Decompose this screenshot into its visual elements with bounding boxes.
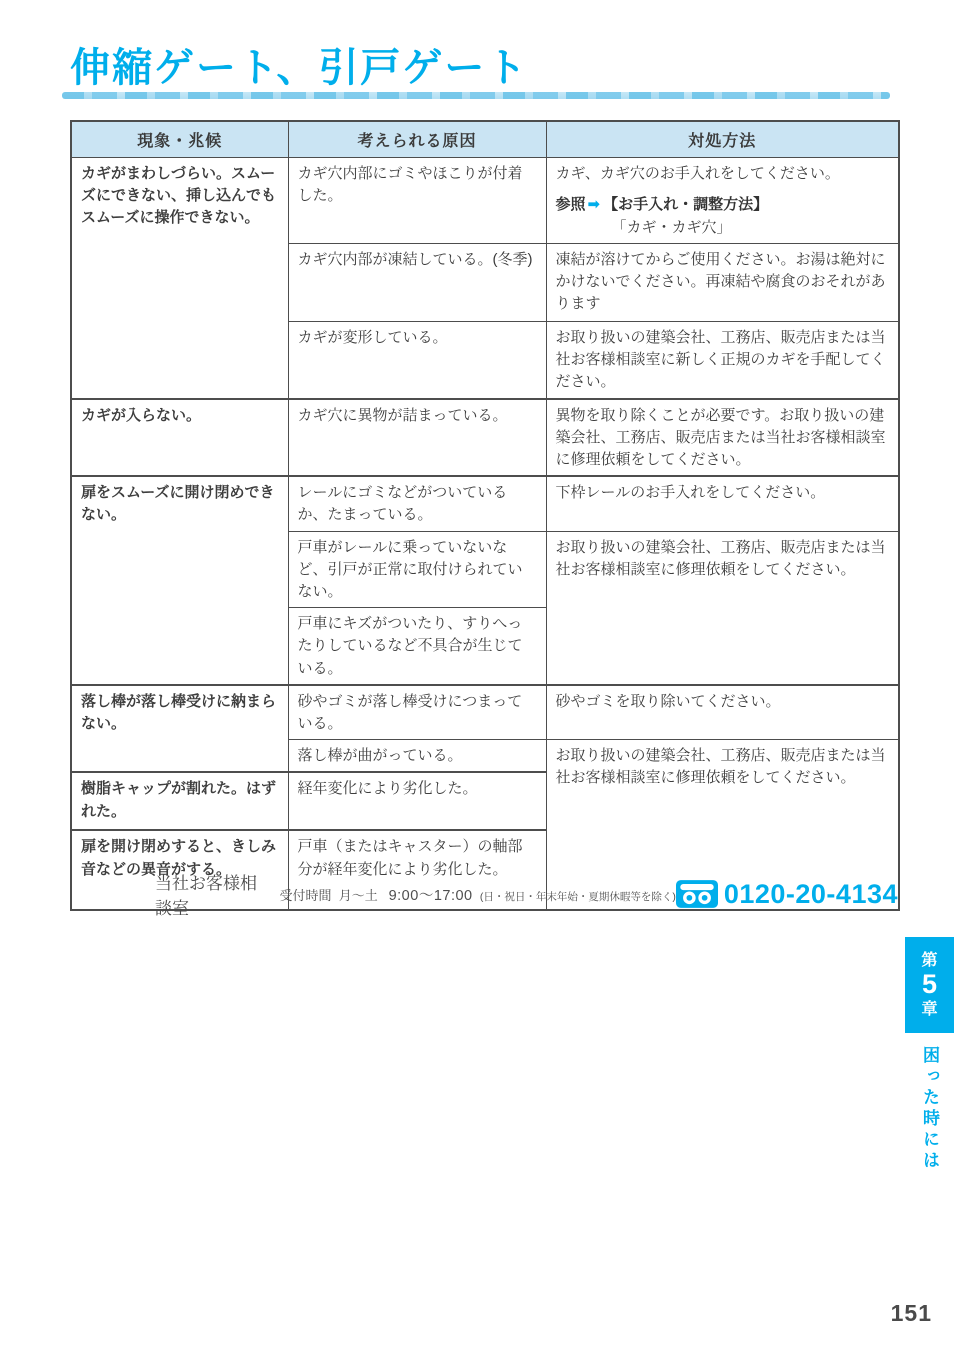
cause-cell: カギが変形している。 — [288, 322, 546, 399]
manual-page: 伸縮ゲート、引戸ゲート 現象・兆候 考えられる原因 対処方法 カギがまわしづらい… — [0, 0, 960, 1358]
cause-cell: 落し棒が曲がっている。 — [288, 740, 546, 773]
remedy-cell: 下枠レールのお手入れをしてください。 — [546, 476, 899, 531]
remedy-cell: 異物を取り除くことが必要です。お取り扱いの建築会社、工務店、販売店または当社お客… — [546, 399, 899, 477]
hours-time: 9:00～17:00 — [389, 888, 473, 904]
cause-cell: カギ穴内部にゴミやほこりが付着した。 — [288, 157, 546, 244]
cause-cell: カギ穴に異物が詰まっている。 — [288, 399, 546, 477]
table-row: 扉をスムーズに開け閉めできない。 レールにゴミなどがついているか、たまっている。… — [71, 476, 899, 531]
column-header-symptom: 現象・兆候 — [71, 121, 288, 157]
table-header-row: 現象・兆候 考えられる原因 対処方法 — [71, 121, 899, 157]
service-hours: 受付時間 月～土 9:00～17:00 (日・祝日・年末年始・夏期休暇等を除く) — [279, 884, 675, 905]
section-tab: 困った時には — [905, 1046, 954, 1172]
page-number: 151 — [891, 1300, 932, 1327]
chapter-tab: 第 5 章 — [905, 937, 954, 1033]
hours-label: 受付時間 — [279, 888, 331, 903]
symptom-key-hard-to-turn: カギがまわしづらい。スムーズにできない、挿し込んでもスムーズに操作できない。 — [71, 157, 288, 399]
symptom-resin-cap: 樹脂キャップが割れた。はずれた。 — [71, 772, 288, 830]
remedy-text: カギ、カギ穴のお手入れをしてください。 — [556, 163, 890, 185]
cause-cell: 戸車がレールに乗っていないなど、引戸が正常に取付けられていない。 — [288, 531, 546, 608]
table-row: カギが入らない。 カギ穴に異物が詰まっている。 異物を取り除くことが必要です。お… — [71, 399, 899, 477]
freedial-icon — [676, 880, 718, 908]
cause-cell: 戸車にキズがついたり、すりへったりしているなど不具合が生じている。 — [288, 608, 546, 685]
customer-service-line: 当社お客様相談室 受付時間 月～土 9:00～17:00 (日・祝日・年末年始・… — [70, 876, 898, 912]
remedy-cell: お取り扱いの建築会社、工務店、販売店または当社お客様相談室に新しく正規のカギを手… — [546, 322, 899, 399]
column-header-cause: 考えられる原因 — [288, 121, 546, 157]
reference-line: 参照➡【お手入れ・調整方法】 — [556, 194, 890, 216]
chapter-prefix: 第 — [921, 952, 937, 970]
remedy-cell: 凍結が溶けてからご使用ください。お湯は絶対にかけないでください。再凍結や腐食のお… — [546, 244, 899, 322]
customer-service-label: 当社お客様相談室 — [155, 869, 259, 919]
section-title-vertical: 困った時には — [917, 1046, 942, 1172]
column-header-remedy: 対処方法 — [546, 121, 899, 157]
chapter-suffix: 章 — [921, 1001, 937, 1019]
symptom-key-wont-insert: カギが入らない。 — [71, 399, 288, 477]
hours-note: (日・祝日・年末年始・夏期休暇等を除く) — [480, 891, 676, 903]
phone-number: 0120-20-4134 — [724, 879, 898, 910]
reference-subtitle: 「カギ・カギ穴」 — [556, 217, 890, 239]
title-brush-underline — [62, 92, 890, 99]
symptom-drop-bar: 落し棒が落し棒受けに納まらない。 — [71, 685, 288, 773]
troubleshooting-table: 現象・兆候 考えられる原因 対処方法 カギがまわしづらい。スムーズにできない、挿… — [70, 120, 900, 911]
chapter-number: 5 — [922, 970, 937, 1000]
remedy-cell: カギ、カギ穴のお手入れをしてください。 参照➡【お手入れ・調整方法】 「カギ・カ… — [546, 157, 899, 244]
reference-arrow-icon: ➡ — [588, 196, 601, 213]
remedy-cell: 砂やゴミを取り除いてください。 — [546, 685, 899, 740]
reference-label: 参照 — [556, 196, 586, 213]
reference-title: 【お手入れ・調整方法】 — [603, 196, 768, 213]
page-title: 伸縮ゲート、引戸ゲート — [70, 36, 528, 93]
table-row: カギがまわしづらい。スムーズにできない、挿し込んでもスムーズに操作できない。 カ… — [71, 157, 899, 244]
cause-cell: レールにゴミなどがついているか、たまっている。 — [288, 476, 546, 531]
cause-cell: カギ穴内部が凍結している。(冬季) — [288, 244, 546, 322]
symptom-door-not-smooth: 扉をスムーズに開け閉めできない。 — [71, 476, 288, 685]
table-row: 落し棒が落し棒受けに納まらない。 砂やゴミが落し棒受けにつまっている。 砂やゴミ… — [71, 685, 899, 740]
hours-days: 月～土 — [339, 888, 378, 903]
remedy-cell: お取り扱いの建築会社、工務店、販売店または当社お客様相談室に修理依頼をしてくださ… — [546, 531, 899, 685]
cause-cell: 経年変化により劣化した。 — [288, 772, 546, 830]
cause-cell: 砂やゴミが落し棒受けにつまっている。 — [288, 685, 546, 740]
